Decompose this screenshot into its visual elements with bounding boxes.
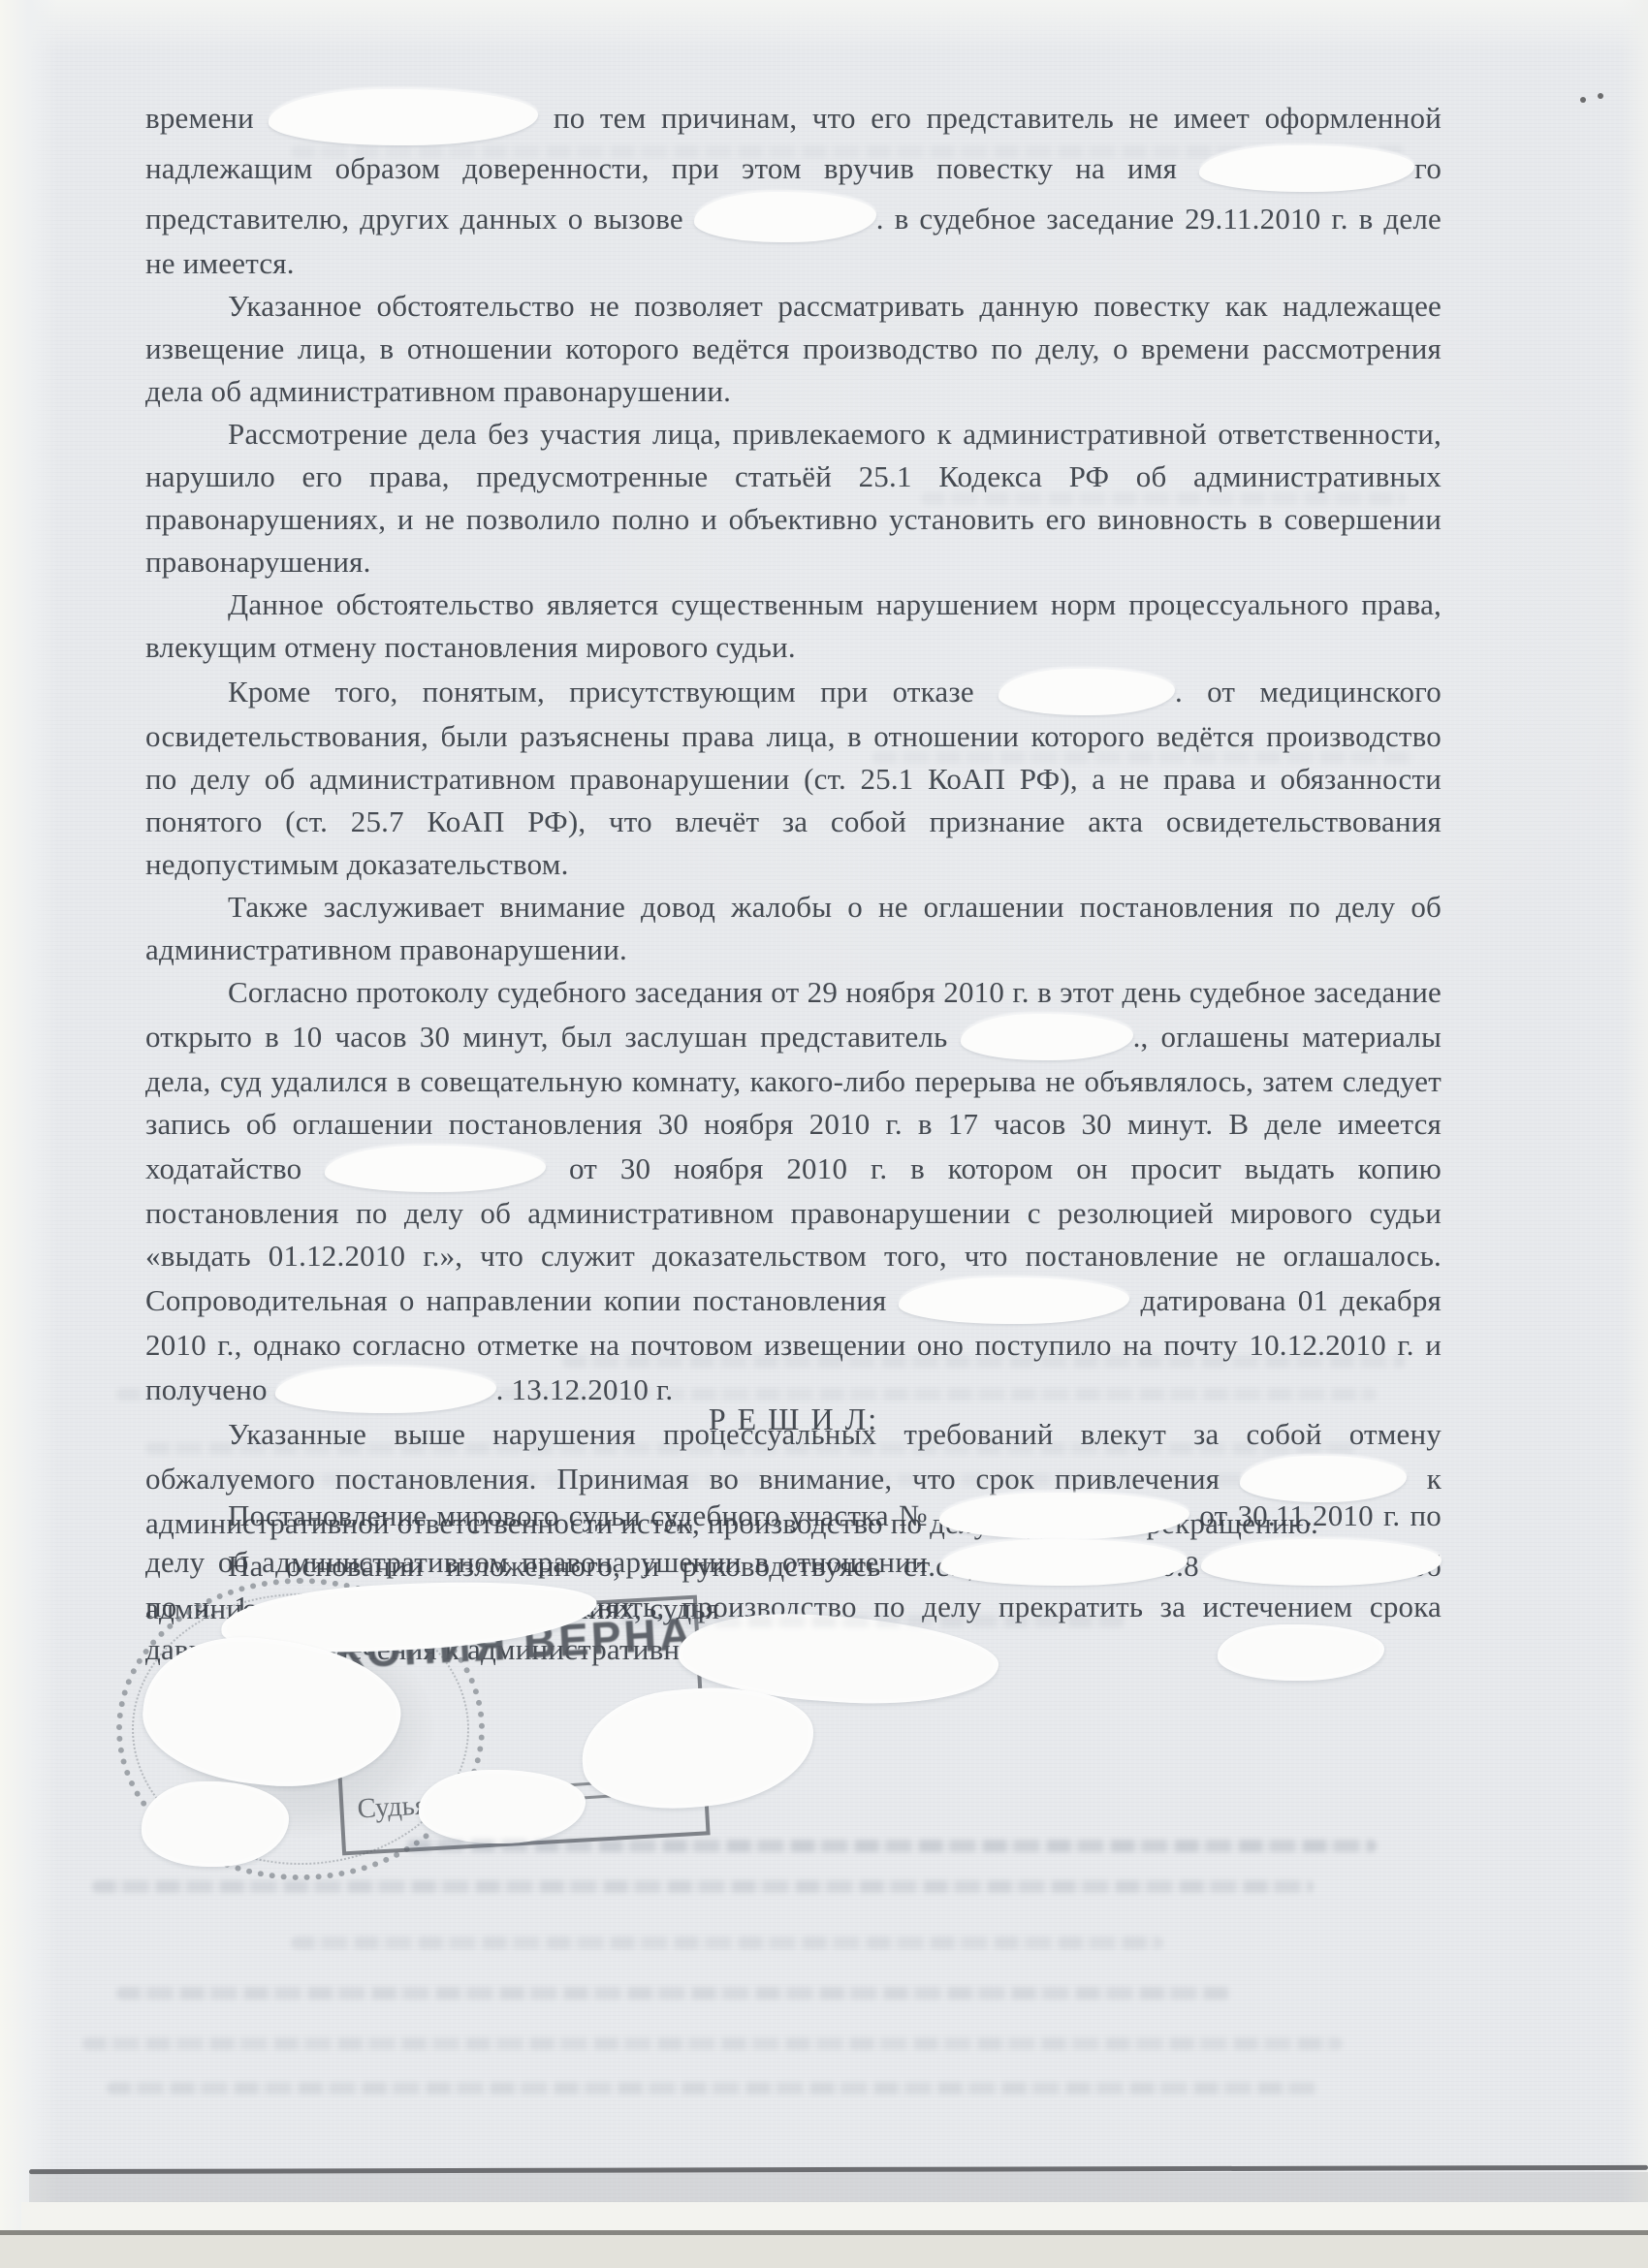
paragraph: времени по тем причинам, что его предста… [145, 89, 1442, 285]
scanned-court-decision-page: времени по тем причинам, что его предста… [0, 0, 1648, 2268]
resolution-heading: Р Е Ш И Л: [145, 1398, 1442, 1440]
redaction-whiteout [939, 1493, 1189, 1539]
page-bottom-shadow-band [29, 2172, 1648, 2202]
text-segment: Рассмотрение дела без участия лица, прив… [145, 417, 1442, 579]
redaction-whiteout [325, 1146, 546, 1192]
whiteout-blob [1218, 1624, 1384, 1681]
scanner-background [0, 2235, 1648, 2268]
paper-top-edge [0, 0, 1648, 53]
bleed-through-line [291, 1937, 1163, 1949]
paragraph: Согласно протоколу судебного заседания о… [145, 971, 1442, 1413]
redaction-whiteout [998, 669, 1175, 715]
text-segment: Также заслуживает внимание довод жалобы … [145, 890, 1442, 966]
text-segment: Постановление мирового судьи судебного у… [228, 1498, 930, 1532]
ink-dot [1580, 97, 1586, 103]
redaction-whiteout [1199, 145, 1414, 192]
stamp-judge-label: Судья [357, 1789, 428, 1825]
paper-left-edge [0, 0, 58, 2268]
paragraph: Кроме того, понятым, присутствующим при … [145, 669, 1442, 886]
redaction-whiteout [899, 1277, 1129, 1324]
text-segment: Данное обстоятельство является существен… [145, 587, 1442, 664]
ink-dot [1598, 93, 1603, 99]
redaction-whiteout [694, 192, 876, 242]
bleed-through-line [92, 1880, 1314, 1893]
heading-text: Р Е Ш И Л: [709, 1402, 878, 1436]
paragraph: Также заслуживает внимание довод жалобы … [145, 886, 1442, 971]
bleed-through-line [116, 1987, 1231, 2000]
bleed-through-line [82, 2037, 1343, 2050]
paper-right-edge [1621, 0, 1648, 2268]
bleed-through-line [107, 2082, 1318, 2095]
paragraph: Рассмотрение дела без участия лица, прив… [145, 413, 1442, 583]
page-bottom-paper-edge [21, 2202, 1648, 2231]
text-segment: Кроме того, понятым, присутствующим при … [228, 675, 974, 709]
text-segment: времени [145, 101, 254, 135]
paragraph: Данное обстоятельство является существен… [145, 583, 1442, 669]
bleed-through-line [407, 1840, 1377, 1852]
paragraph: Указанное обстоятельство не позволяет ра… [145, 285, 1442, 413]
redaction-whiteout [1201, 1539, 1442, 1586]
redaction-whiteout [940, 1539, 1188, 1586]
bleed-through-line [620, 1615, 1125, 1627]
redaction-whiteout [961, 1014, 1133, 1060]
redaction-whiteout [269, 89, 538, 145]
text-segment: Указанное обстоятельство не позволяет ра… [145, 289, 1442, 408]
